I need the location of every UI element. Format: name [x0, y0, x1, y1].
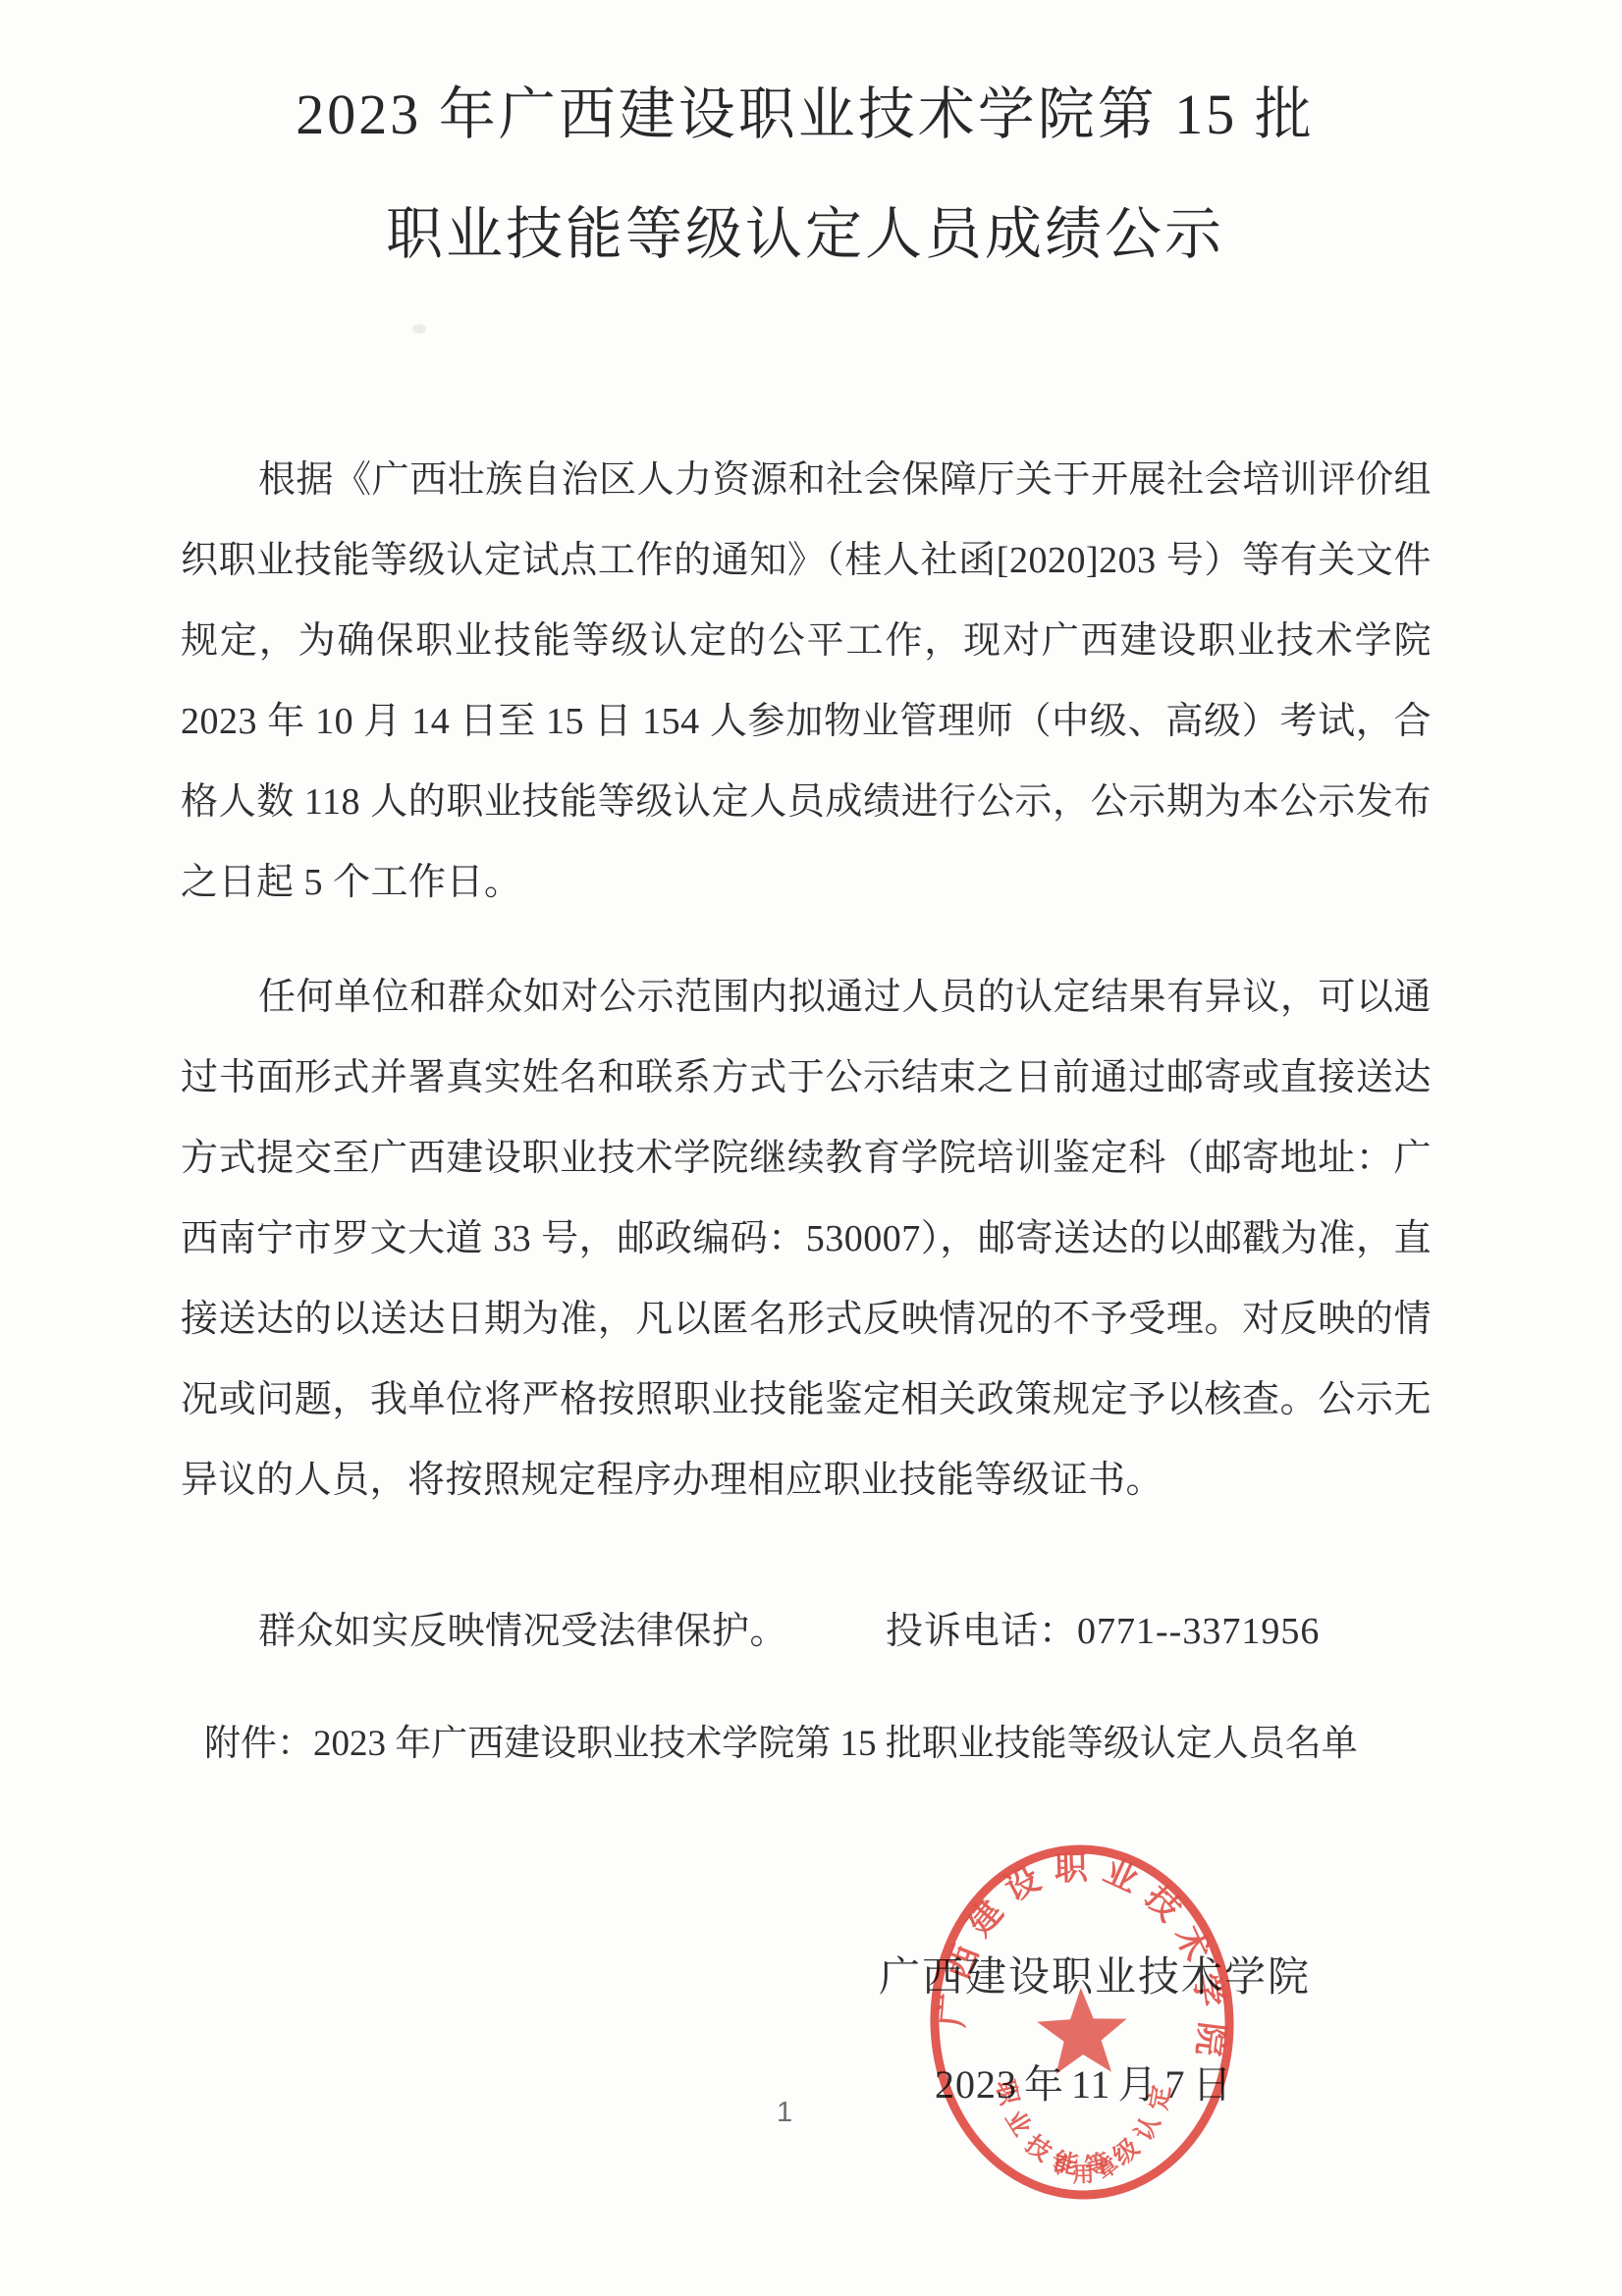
title-line-2: 职业技能等级认定人员成绩公示	[0, 175, 1616, 294]
scanned-notice-page: 2023 年广西建设职业技术学院第 15 批 职业技能等级认定人员成绩公示 根据…	[0, 0, 1622, 2296]
svg-text:专用章: 专用章	[1044, 2146, 1130, 2187]
paragraph-1: 根据《广西壮族自治区人力资源和社会保障厅关于开展社会培训评价组织职业技能等级认定…	[181, 440, 1432, 923]
document-body: 根据《广西壮族自治区人力资源和社会保障厅关于开展社会培训评价组织职业技能等级认定…	[181, 440, 1432, 1785]
page-number: 1	[777, 2097, 792, 2129]
paragraph-2: 任何单位和群众如对公示范围内拟通过人员的认定结果有异议，可以通过书面形式并署真实…	[181, 957, 1432, 1521]
official-seal: 广西建设职业技术学院 职业技能等级认定 专用章	[913, 1840, 1247, 2213]
title-line-1: 2023 年广西建设职业技术学院第 15 批	[0, 55, 1616, 175]
attachment-note: 附件：2023 年广西建设职业技术学院第 15 批职业技能等级认定人员名单	[181, 1704, 1432, 1785]
scan-artifact	[412, 324, 426, 334]
seal-bottom-text: 专用章	[1044, 2146, 1130, 2187]
document-title: 2023 年广西建设职业技术学院第 15 批 职业技能等级认定人员成绩公示	[0, 55, 1616, 294]
complaint-phone: 投诉电话：0771--3371956	[886, 1611, 1320, 1652]
complaint-line: 群众如实反映情况受法律保护。投诉电话：0771--3371956	[181, 1591, 1432, 1672]
legal-protection-note: 群众如实反映情况受法律保护。	[181, 1611, 787, 1652]
star-icon	[1036, 1986, 1128, 2074]
